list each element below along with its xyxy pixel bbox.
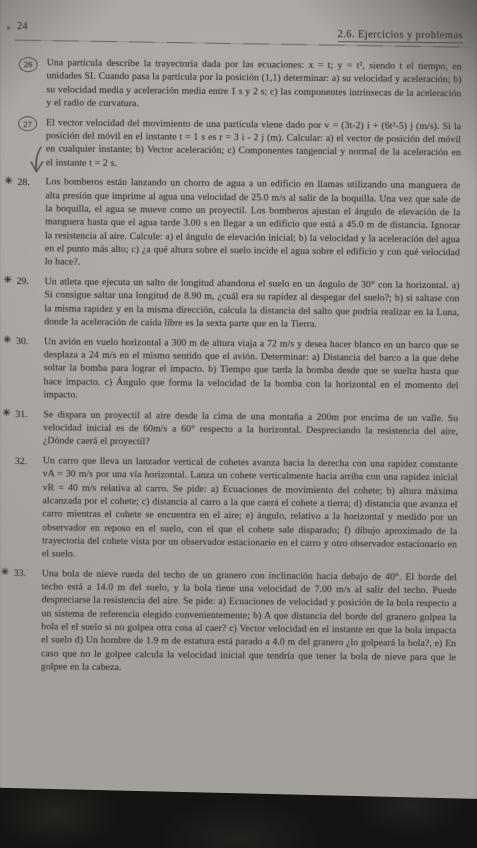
- pen-arrow-annotation: [28, 146, 48, 180]
- problem-text: Una partícula describe la trayectoria da…: [46, 56, 461, 113]
- problem-text: Un carro que lleva un lanzador vertical …: [42, 454, 458, 564]
- problem-33: ✳ 33. Una bola de nieve rueda del techo …: [0, 567, 457, 678]
- problem-text: Se dispara un proyectil al aire desde la…: [43, 408, 458, 452]
- problem-number: 32.: [15, 455, 27, 468]
- page-number: 24: [17, 21, 28, 32]
- star-mark-icon: ✳: [4, 176, 17, 188]
- problem-29: ✳ 29. Un atleta que ejecuta un salto de …: [3, 275, 459, 333]
- problem-number: 31.: [15, 408, 27, 421]
- problem-number: 29.: [17, 275, 29, 288]
- star-mark-icon: ✳: [3, 335, 16, 347]
- problem-27-marker: 27: [5, 116, 46, 132]
- problem-30-marker: ✳ 30.: [3, 335, 44, 349]
- page-header: 24 2.6. Ejercicios y problemas: [0, 0, 477, 58]
- problem-31-marker: ✳ 31.: [2, 408, 43, 422]
- problem-28: ✳ 28. Los bomberos están lanzando un cho…: [4, 175, 461, 272]
- problem-number: 33.: [14, 567, 26, 580]
- star-mark-icon: ✳: [2, 408, 15, 420]
- problem-text: Un avión en vuelo horizontal a 300 m de …: [43, 335, 459, 405]
- problem-33-marker: ✳ 33.: [1, 567, 42, 581]
- problem-32: 32. Un carro que lleva un lanzador verti…: [1, 454, 458, 565]
- problem-29-marker: ✳ 29.: [4, 275, 45, 289]
- problem-26: 26 Una partícula describe la trayectoria…: [5, 56, 461, 114]
- problem-text: Los bomberos están lanzando un chorro de…: [45, 176, 461, 273]
- section-title: 2.6. Ejercicios y problemas: [337, 29, 463, 43]
- problem-number: 26: [19, 57, 38, 72]
- problem-text: El vector velocidad del movimiento de un…: [46, 116, 461, 173]
- photo-of-textbook-page: { "page": { "page_number": "24", "sectio…: [0, 0, 477, 848]
- dark-fabric-surface: [0, 792, 477, 848]
- paper-page: 24 2.6. Ejercicios y problemas 26 Una pa…: [0, 0, 477, 848]
- star-mark-icon: ✳: [1, 567, 14, 579]
- problem-text: Una bola de nieve rueda del techo de un …: [41, 567, 457, 677]
- problem-27: 27 El vector velocidad del movimiento de…: [5, 116, 461, 174]
- problem-32-marker: 32.: [2, 454, 43, 468]
- problem-30: ✳ 30. Un avión en vuelo horizontal a 300…: [2, 335, 459, 406]
- problem-text: Un atleta que ejecuta un salto de longit…: [44, 275, 459, 332]
- problem-number: 30.: [16, 335, 28, 348]
- star-mark-icon: ✳: [4, 275, 17, 287]
- smudge-mark: [7, 26, 10, 30]
- problem-26-marker: 26: [6, 56, 47, 72]
- problem-31: ✳ 31. Se dispara un proyectil al aire de…: [2, 408, 458, 452]
- problem-number: 27: [18, 116, 37, 131]
- problems-list: 26 Una partícula describe la trayectoria…: [0, 54, 477, 678]
- page-content: 24 2.6. Ejercicios y problemas 26 Una pa…: [0, 0, 477, 684]
